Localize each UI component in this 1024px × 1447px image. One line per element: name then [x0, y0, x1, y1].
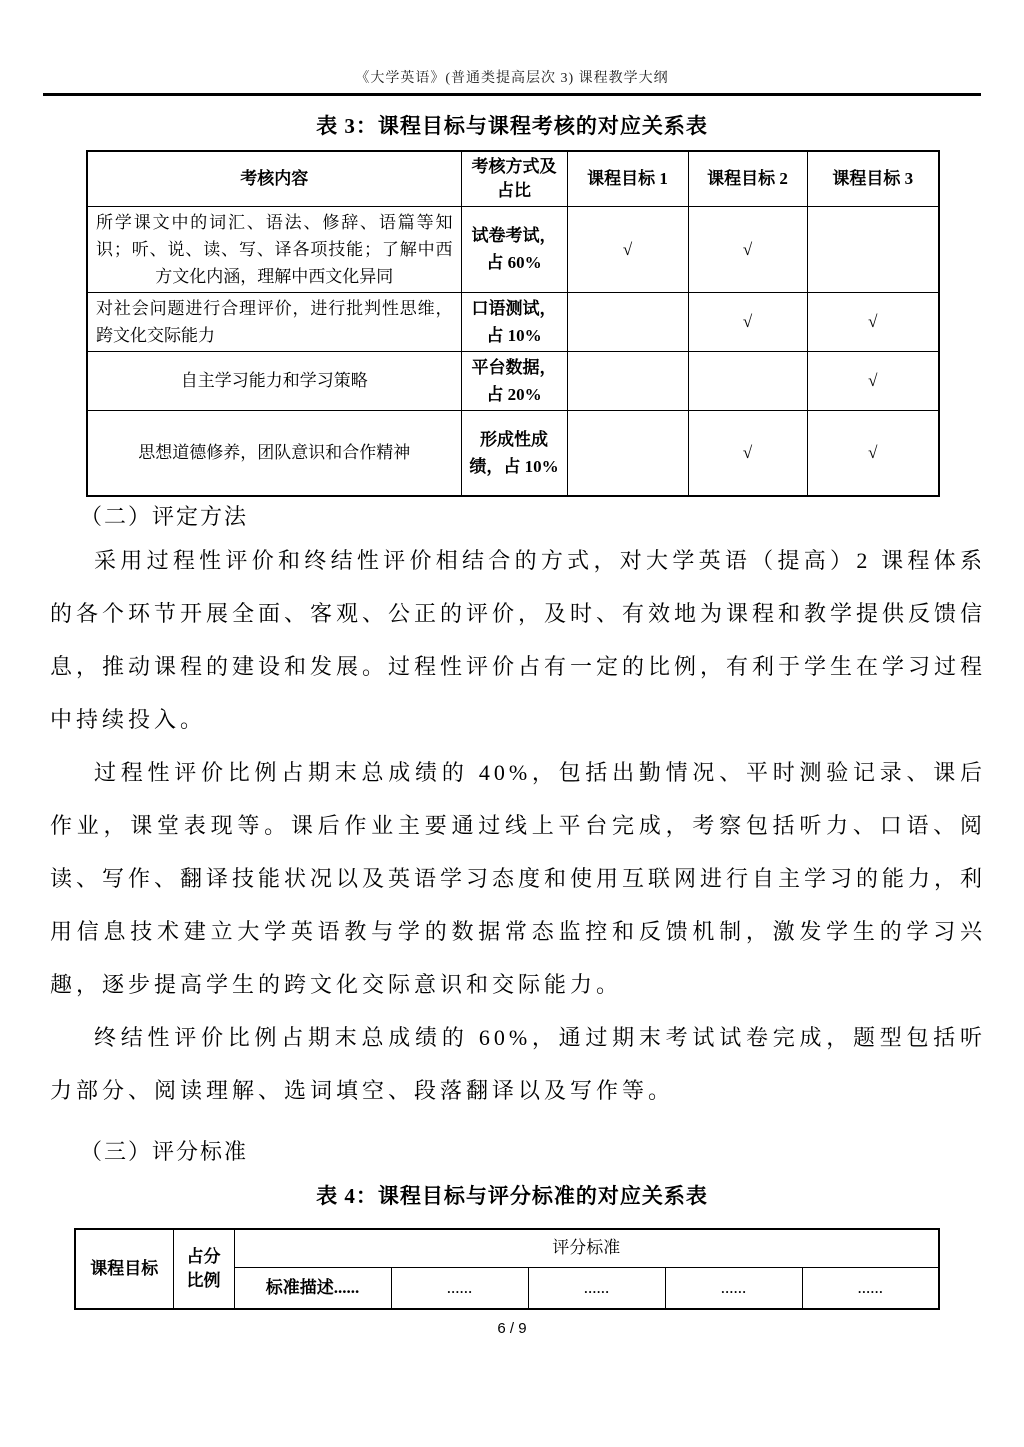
t3-row1-goal1-check: √ — [567, 206, 688, 292]
t4-header-scoring-criteria: 评分标准 — [234, 1229, 939, 1267]
t3-row1-goal3-check — [807, 206, 939, 292]
table4: 课程目标 占分比例 评分标准 标准描述...... ...... ...... … — [74, 1228, 940, 1310]
t3-row3-method: 平台数据，占 20% — [461, 351, 567, 410]
t4-header-course-goal: 课程目标 — [75, 1229, 173, 1309]
t4-subcell-ellipsis: ...... — [665, 1267, 802, 1309]
t4-subcell-ellipsis: ...... — [528, 1267, 665, 1309]
t3-row3-content: 自主学习能力和学习策略 — [87, 351, 461, 410]
table-row: 思想道德修养，团队意识和合作精神 形成性成绩，占 10% √ √ — [87, 410, 939, 496]
table3-header-row: 考核内容 考核方式及占比 课程目标 1 课程目标 2 课程目标 3 — [87, 151, 939, 206]
t3-row4-goal2-check: √ — [688, 410, 807, 496]
t3-header-content: 考核内容 — [87, 151, 461, 206]
running-header: 《大学英语》(普通类提高层次 3) 课程教学大纲 — [0, 68, 1024, 90]
section-heading-scoring-criteria: （三）评分标准 — [50, 1125, 986, 1178]
t3-row2-goal3-check: √ — [807, 292, 939, 351]
page-number: 6 / 9 — [0, 1318, 1024, 1340]
t3-header-goal2: 课程目标 2 — [688, 151, 807, 206]
t3-row2-goal2-check: √ — [688, 292, 807, 351]
t4-subcell-description: 标准描述...... — [234, 1267, 391, 1309]
t3-header-method: 考核方式及占比 — [461, 151, 567, 206]
t3-row3-goal3-check: √ — [807, 351, 939, 410]
t3-row4-content: 思想道德修养，团队意识和合作精神 — [87, 410, 461, 496]
t3-row2-goal1-check — [567, 292, 688, 351]
t3-row1-method: 试卷考试，占 60% — [461, 206, 567, 292]
t3-row2-method: 口语测试，占 10% — [461, 292, 567, 351]
t3-row1-goal2-check: √ — [688, 206, 807, 292]
paragraph: 采用过程性评价和终结性评价相结合的方式，对大学英语（提高）2 课程体系的各个环节… — [50, 534, 986, 746]
t3-row1-content: 所学课文中的词汇、语法、修辞、语篇等知识；听、说、读、写、译各项技能；了解中西方… — [87, 206, 461, 292]
t4-header-score-ratio: 占分比例 — [173, 1229, 234, 1309]
t3-row2-content: 对社会问题进行合理评价，进行批判性思维，跨文化交际能力 — [87, 292, 461, 351]
t3-header-goal3: 课程目标 3 — [807, 151, 939, 206]
paragraph: 终结性评价比例占期末总成绩的 60%，通过期末考试试卷完成，题型包括听力部分、阅… — [50, 1011, 986, 1117]
table3: 考核内容 考核方式及占比 课程目标 1 课程目标 2 课程目标 3 所学课文中的… — [86, 150, 940, 497]
t4-subcell-ellipsis: ...... — [391, 1267, 528, 1309]
t3-header-goal1: 课程目标 1 — [567, 151, 688, 206]
table-row: 课程目标 占分比例 评分标准 — [75, 1229, 939, 1267]
table3-title: 表 3：课程目标与课程考核的对应关系表 — [0, 110, 1024, 142]
header-rule — [43, 93, 981, 96]
t3-row4-method: 形成性成绩，占 10% — [461, 410, 567, 496]
table4-title: 表 4：课程目标与评分标准的对应关系表 — [0, 1180, 1024, 1212]
table-row: 对社会问题进行合理评价，进行批判性思维，跨文化交际能力 口语测试，占 10% √… — [87, 292, 939, 351]
t3-row4-goal1-check — [567, 410, 688, 496]
t3-row4-goal3-check: √ — [807, 410, 939, 496]
table-row: 自主学习能力和学习策略 平台数据，占 20% √ — [87, 351, 939, 410]
t4-subcell-ellipsis: ...... — [802, 1267, 939, 1309]
t3-row3-goal1-check — [567, 351, 688, 410]
t3-row3-goal2-check — [688, 351, 807, 410]
table-row: 所学课文中的词汇、语法、修辞、语篇等知识；听、说、读、写、译各项技能；了解中西方… — [87, 206, 939, 292]
document-page: 《大学英语》(普通类提高层次 3) 课程教学大纲 表 3：课程目标与课程考核的对… — [0, 0, 1024, 1447]
paragraph: 过程性评价比例占期末总成绩的 40%，包括出勤情况、平时测验记录、课后作业，课堂… — [50, 746, 986, 1011]
